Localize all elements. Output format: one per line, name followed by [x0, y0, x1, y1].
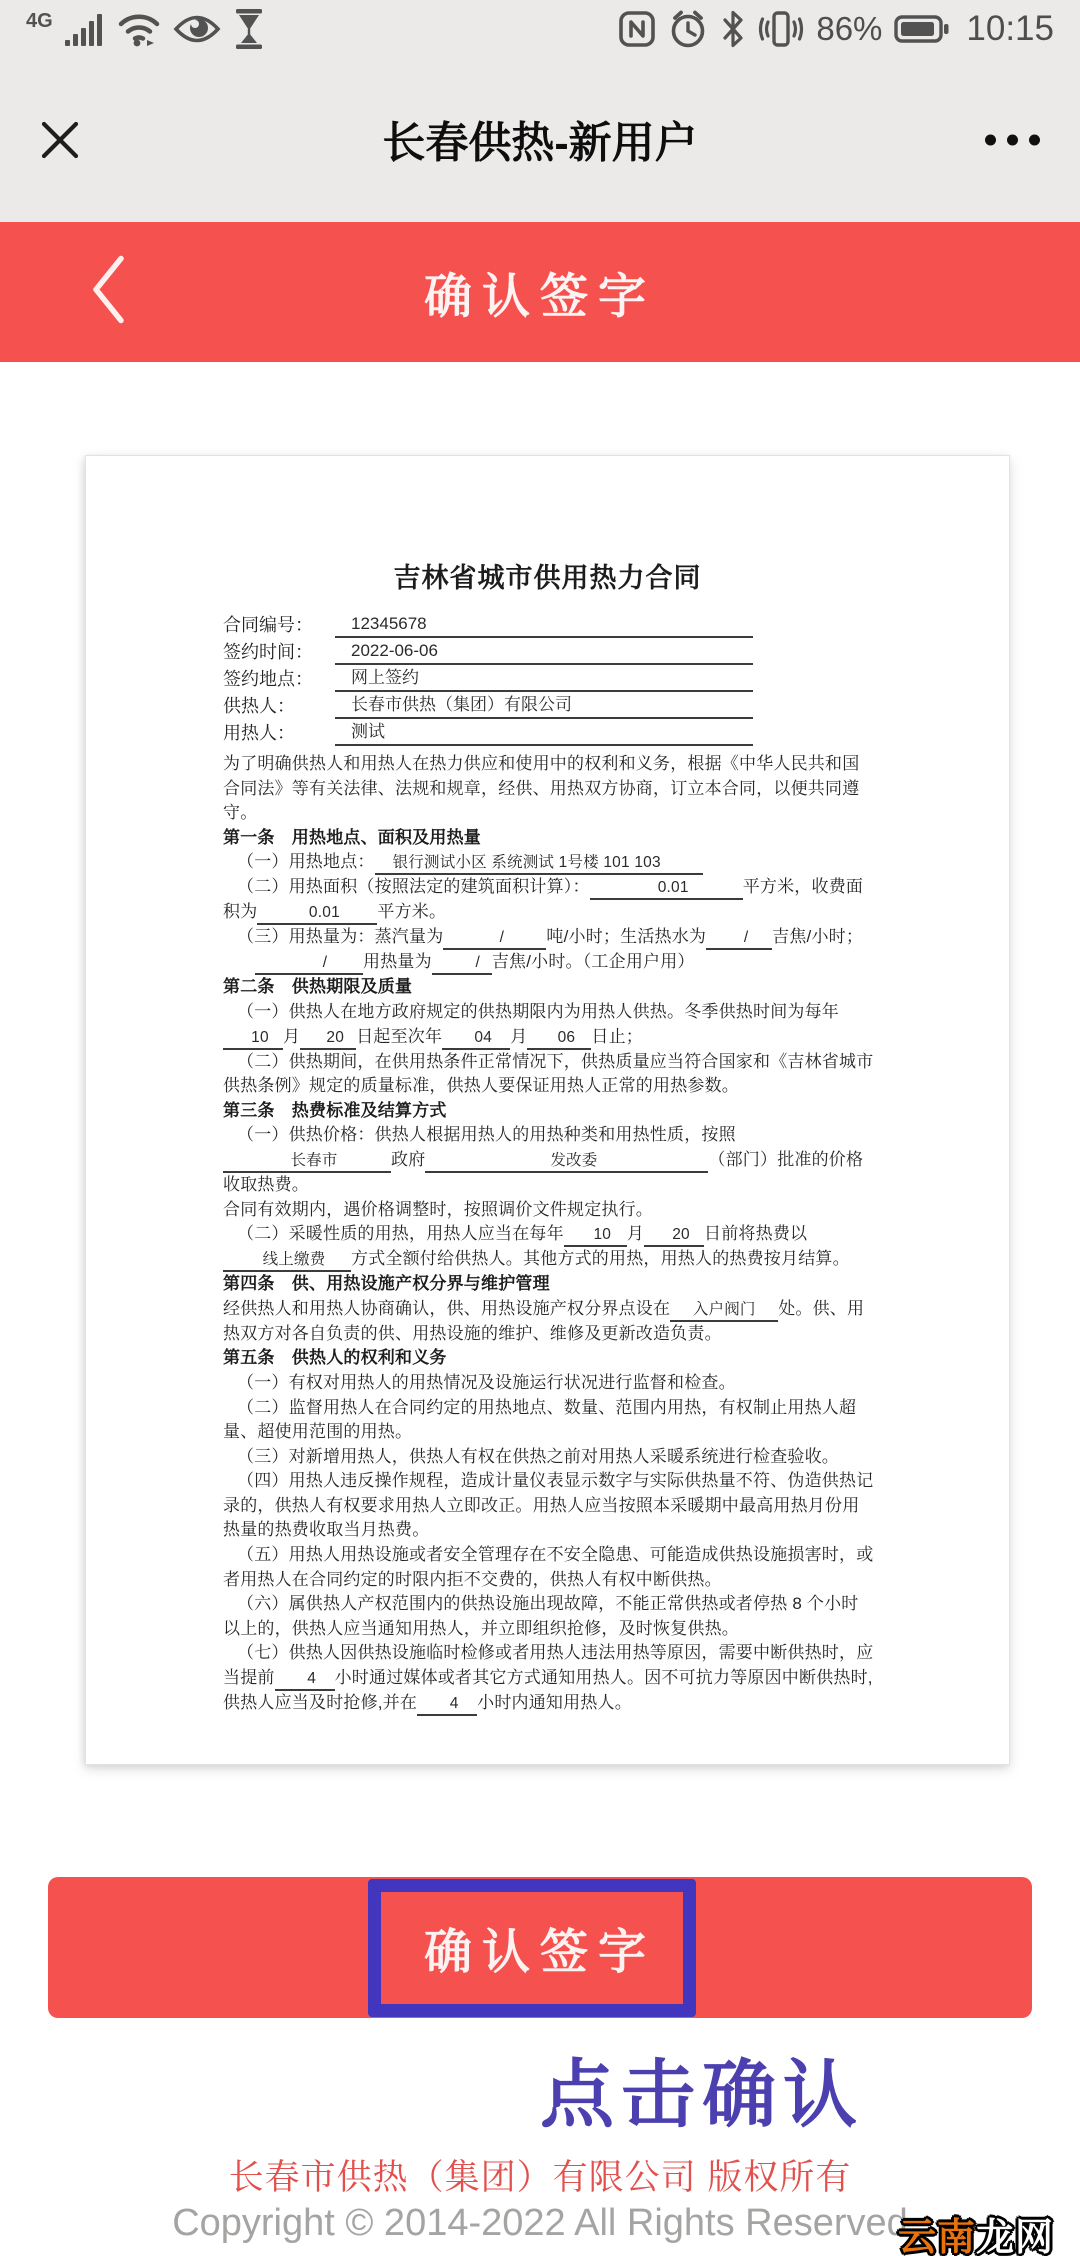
contract-paragraph: （七）供热人因供热设施临时检修或者用热人违法用热等原因，需要中断供热时，应当提前… [223, 1641, 874, 1716]
contract-body: 为了明确供热人和用热人在热力供应和使用中的权利和义务，根据《中华人民共和国合同法… [223, 752, 874, 1716]
contract-document: 吉林省城市供用热力合同 合同编号：12345678签约时间：2022-06-06… [85, 455, 1010, 1765]
menu-dot-icon [1007, 135, 1018, 146]
contract-paragraph: （三）用热量为：蒸汽量为/吨/小时；生活热水为/吉焦/小时； [223, 925, 874, 950]
contract-paragraph: （二）监督用热人在合同约定的用热地点、数量、范围内用热，有权制止用热人超量、超使… [223, 1396, 874, 1445]
contract-field-row: 供热人：长春市供热（集团）有限公司 [223, 692, 753, 719]
contract-field-label: 签约时间： [223, 640, 335, 665]
more-menu-button[interactable] [985, 135, 1040, 146]
network-type-label: 4G [26, 10, 53, 33]
contract-paragraph: （一）有权对用热人的用热情况及设施运行状况进行监督和检查。 [223, 1371, 874, 1396]
company-copyright-line: 长春市供热（集团）有限公司 版权所有 [0, 2150, 1080, 2200]
signal-bars-icon [65, 11, 105, 47]
contract-fill-value: 20 [644, 1226, 704, 1247]
contract-fill-value: 长春市 [223, 1152, 391, 1173]
contract-fill-value: 4 [275, 1670, 335, 1691]
nav-bar: 确认签字 [0, 222, 1080, 362]
contract-fill-value: 20 [300, 1029, 356, 1050]
page-title: 长春供热-新用户 [0, 110, 1080, 171]
contract-field-label: 签约地点： [223, 667, 335, 692]
contract-fill-value: 04 [442, 1029, 510, 1050]
contract-paragraph: （四）用热人违反操作规程，造成计量仪表显示数字与实际供热量不符、伪造供热记录的，… [223, 1469, 874, 1543]
confirm-sign-button[interactable]: 确认签字 [48, 1877, 1032, 2018]
contract-field-row: 合同编号：12345678 [223, 611, 753, 638]
alarm-icon [668, 9, 708, 49]
contract-paragraph: （二）采暖性质的用热，用热人应当在每年10月20日前将热费以线上缴费方式全额付给… [223, 1222, 874, 1272]
contract-field-row: 用热人：测试 [223, 719, 753, 746]
contract-fill-value: / [432, 954, 492, 975]
contract-field-value: 测试 [335, 722, 753, 746]
contract-fill-value: 4 [417, 1695, 477, 1716]
contract-fill-value: 线上缴费 [223, 1251, 351, 1272]
battery-percent-label: 86% [816, 10, 882, 48]
contract-field-value: 网上签约 [335, 668, 753, 692]
contract-fill-value: 0.01 [590, 879, 743, 900]
app-header: 4G [0, 0, 1080, 222]
contract-fill-value: 银行测试小区 系统测试 1号楼 101 103 [375, 854, 703, 875]
contract-section-heading: 第三条 热费标准及结算方式 [223, 1099, 874, 1124]
contract-fill-value: 入户阀门 [670, 1301, 778, 1322]
contract-field-value: 长春市供热（集团）有限公司 [335, 695, 753, 719]
contract-field-label: 供热人： [223, 694, 335, 719]
menu-dot-icon [985, 135, 996, 146]
contract-fill-value: 10 [564, 1226, 627, 1247]
contract-paragraph: （五）用热人用热设施或者安全管理存在不安全隐患、可能造成供热设施损害时，或者用热… [223, 1543, 874, 1592]
clock-label: 10:15 [966, 9, 1054, 49]
contract-section-heading: 第五条 供热人的权利和义务 [223, 1346, 874, 1371]
contract-section-heading: 第二条 供热期限及质量 [223, 975, 874, 1000]
contract-fill-value: / [706, 929, 772, 950]
eye-icon [173, 13, 221, 45]
contract-paragraph: （六）属供热人产权范围内的供热设施出现故障，不能正常供热或者停热 8 个小时以上… [223, 1592, 874, 1641]
battery-icon [894, 13, 950, 45]
contract-field-value: 12345678 [335, 614, 753, 638]
contract-title: 吉林省城市供用热力合同 [223, 556, 872, 595]
contract-paragraph: /用热量为/吉焦/小时。（工企用户用） [223, 950, 874, 975]
webview-title-bar: 长春供热-新用户 [0, 58, 1080, 222]
contract-fields: 合同编号：12345678签约时间：2022-06-06签约地点：网上签约供热人… [223, 611, 872, 746]
contract-field-label: 用热人： [223, 721, 335, 746]
status-right-group: 86% 10:15 [618, 9, 1054, 49]
vibrate-icon [758, 9, 804, 49]
contract-section-heading: 第一条 用热地点、面积及用热量 [223, 826, 874, 851]
tap-confirm-annotation: 点击确认 [540, 2036, 864, 2142]
hourglass-icon [233, 9, 265, 49]
watermark-part1: 云南 [898, 2217, 976, 2256]
contract-fill-value: 06 [527, 1029, 591, 1050]
status-left-group: 4G [26, 9, 265, 49]
status-bar: 4G [0, 0, 1080, 58]
site-watermark: 云南龙网 [898, 2206, 1054, 2256]
contract-paragraph: 合同有效期内，遇价格调整时，按照调价文件规定执行。 [223, 1198, 874, 1223]
nfc-icon [618, 10, 656, 48]
contract-paragraph: （一）用热地点：银行测试小区 系统测试 1号楼 101 103 [223, 850, 874, 875]
contract-paragraph: （一）供热价格：供热人根据用热人的用热种类和用热性质，按照长春市政府发改委（部门… [223, 1123, 874, 1197]
contract-paragraph: （二）供热期间，在供用热条件正常情况下，供热质量应当符合国家和《吉林省城市供热条… [223, 1050, 874, 1099]
contract-fill-value: / [255, 954, 363, 975]
contract-field-label: 合同编号： [223, 613, 335, 638]
nav-title: 确认签字 [0, 258, 1080, 327]
bluetooth-icon [720, 9, 746, 49]
contract-section-heading: 第四条 供、用热设施产权分界与维护管理 [223, 1272, 874, 1297]
contract-fill-value: 10 [223, 1029, 283, 1050]
contract-field-value: 2022-06-06 [335, 641, 753, 665]
contract-field-row: 签约地点：网上签约 [223, 665, 753, 692]
contract-paragraph: （二）用热面积（按照法定的建筑面积计算）：0.01平方米，收费面积为0.01平方… [223, 875, 874, 925]
contract-field-row: 签约时间：2022-06-06 [223, 638, 753, 665]
contract-paragraph: 经供热人和用热人协商确认，供、用热设施产权分界点设在入户阀门处。供、用热双方对各… [223, 1297, 874, 1347]
contract-fill-value: 发改委 [425, 1152, 708, 1173]
watermark-part2: 龙网 [976, 2217, 1054, 2256]
contract-fill-value: 0.01 [257, 904, 377, 925]
contract-paragraph: （一）供热人在地方政府规定的供热期限内为用热人供热。冬季供热时间为每年10月20… [223, 1000, 874, 1050]
contract-fill-value: / [443, 929, 546, 950]
menu-dot-icon [1029, 135, 1040, 146]
contract-paragraph: （三）对新增用热人，供热人有权在供热之前对用热人采暖系统进行检查验收。 [223, 1445, 874, 1470]
contract-paragraph: 为了明确供热人和用热人在热力供应和使用中的权利和义务，根据《中华人民共和国合同法… [223, 752, 874, 826]
wifi-icon [117, 10, 161, 48]
